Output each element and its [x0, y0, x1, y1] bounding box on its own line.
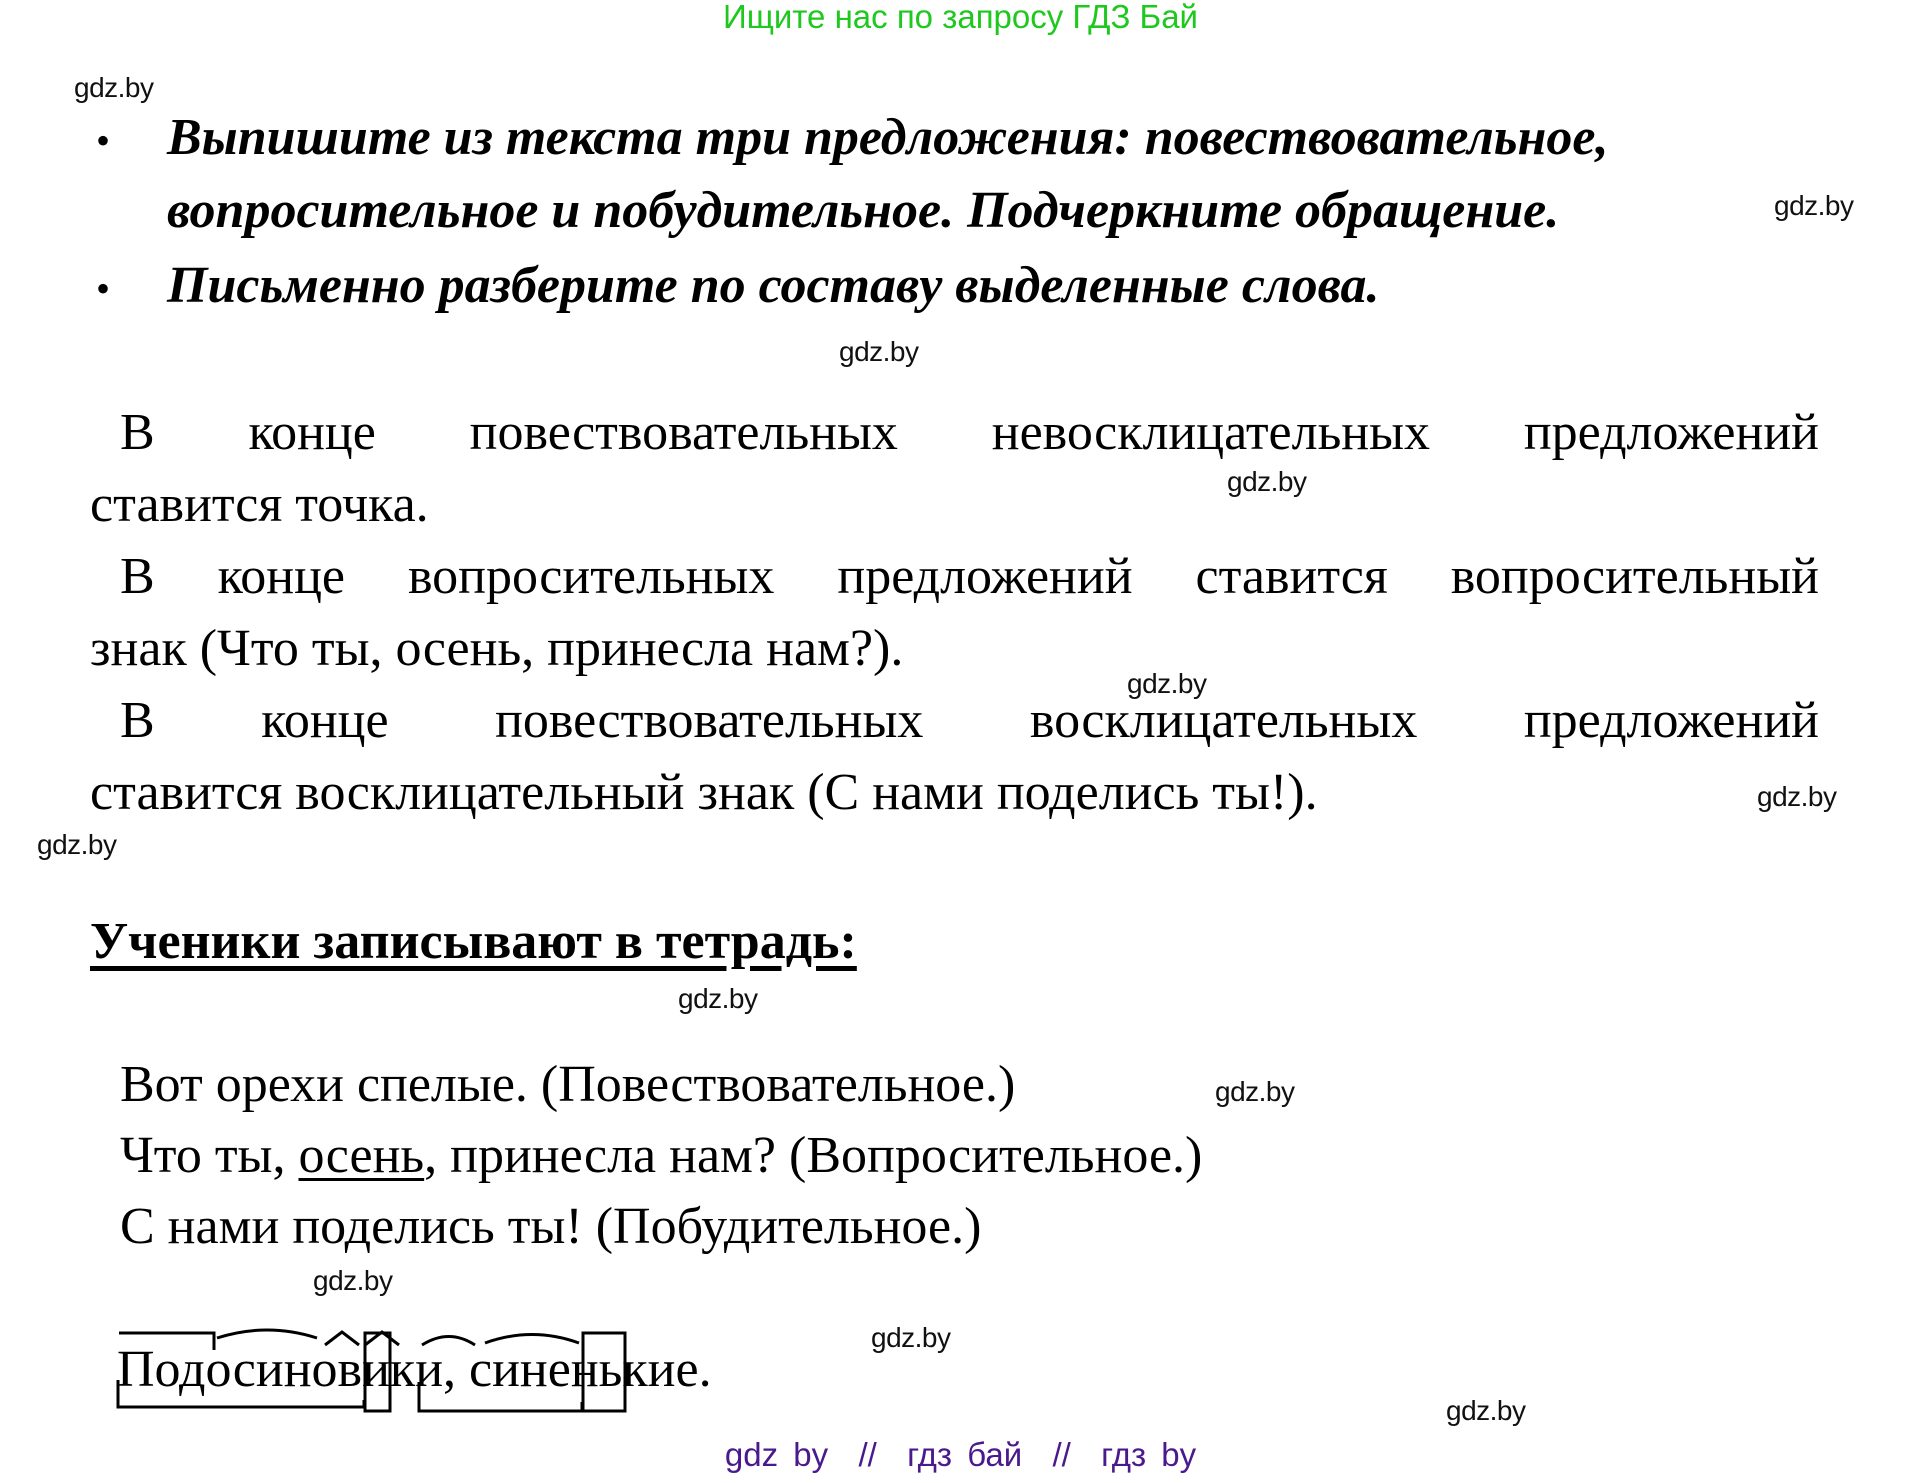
- paragraph-text: В конце вопросительных предложений стави…: [120, 548, 1819, 605]
- morpheme-parsing: Подосиновики, синенькие.: [117, 1340, 712, 1399]
- notebook-heading: Ученики записывают в тетрадь:: [90, 912, 857, 971]
- footer-links[interactable]: gdz by // гдз бай // гдз by: [0, 1436, 1921, 1474]
- bullet-icon: •: [96, 265, 110, 312]
- watermark: gdz.by: [74, 72, 154, 104]
- watermark: gdz.by: [1215, 1076, 1295, 1108]
- watermark: gdz.by: [1446, 1395, 1526, 1427]
- paragraph-1-line-1: В конце повествовательных невосклицатель…: [90, 403, 1819, 462]
- paragraph-text: В конце повествовательных невосклицатель…: [120, 404, 1819, 461]
- watermark: gdz.by: [37, 829, 117, 861]
- watermark: gdz.by: [313, 1265, 393, 1297]
- word-ending: и: [415, 1341, 443, 1398]
- sentence-part: , принесла нам? (Вопросительное.): [424, 1127, 1202, 1184]
- paragraph-text: В конце повествовательных восклицательны…: [120, 692, 1819, 749]
- paragraph-1-line-2: ставится точка.: [90, 475, 1819, 534]
- task-1-line-1: Выпишите из текста три предложения: пове…: [167, 108, 1609, 167]
- sentence-declarative: Вот орехи спелые. (Повествовательное.): [120, 1055, 1015, 1114]
- task-2-line-1: Письменно разберите по составу выделенны…: [167, 256, 1379, 315]
- address-word: осень: [299, 1127, 425, 1184]
- word-stem: Подосиновик: [117, 1341, 415, 1398]
- parsed-word-1: Подосиновики: [117, 1341, 443, 1398]
- sentence-interrogative: Что ты, осень, принесла нам? (Вопросител…: [120, 1126, 1202, 1185]
- bullet-icon: •: [96, 117, 110, 164]
- watermark: gdz.by: [871, 1322, 951, 1354]
- task-1-line-2: вопросительное и побудительное. Подчеркн…: [167, 181, 1559, 240]
- paragraph-3-line-1: В конце повествовательных восклицательны…: [90, 691, 1819, 750]
- paragraph-2-line-1: В конце вопросительных предложений стави…: [90, 547, 1819, 606]
- search-hint-link[interactable]: Ищите нас по запросу ГДЗ Бай: [0, 0, 1921, 36]
- paragraph-3-line-2: ставится восклицательный знак (С нами по…: [90, 763, 1819, 822]
- sentence-part: Что ты,: [120, 1127, 299, 1184]
- watermark: gdz.by: [1774, 190, 1854, 222]
- watermark: gdz.by: [678, 983, 758, 1015]
- watermark: gdz.by: [839, 336, 919, 368]
- sentence-imperative: С нами поделись ты! (Побудительное.): [120, 1197, 981, 1256]
- paragraph-2-line-2: знак (Что ты, осень, принесла нам?).: [90, 619, 1819, 678]
